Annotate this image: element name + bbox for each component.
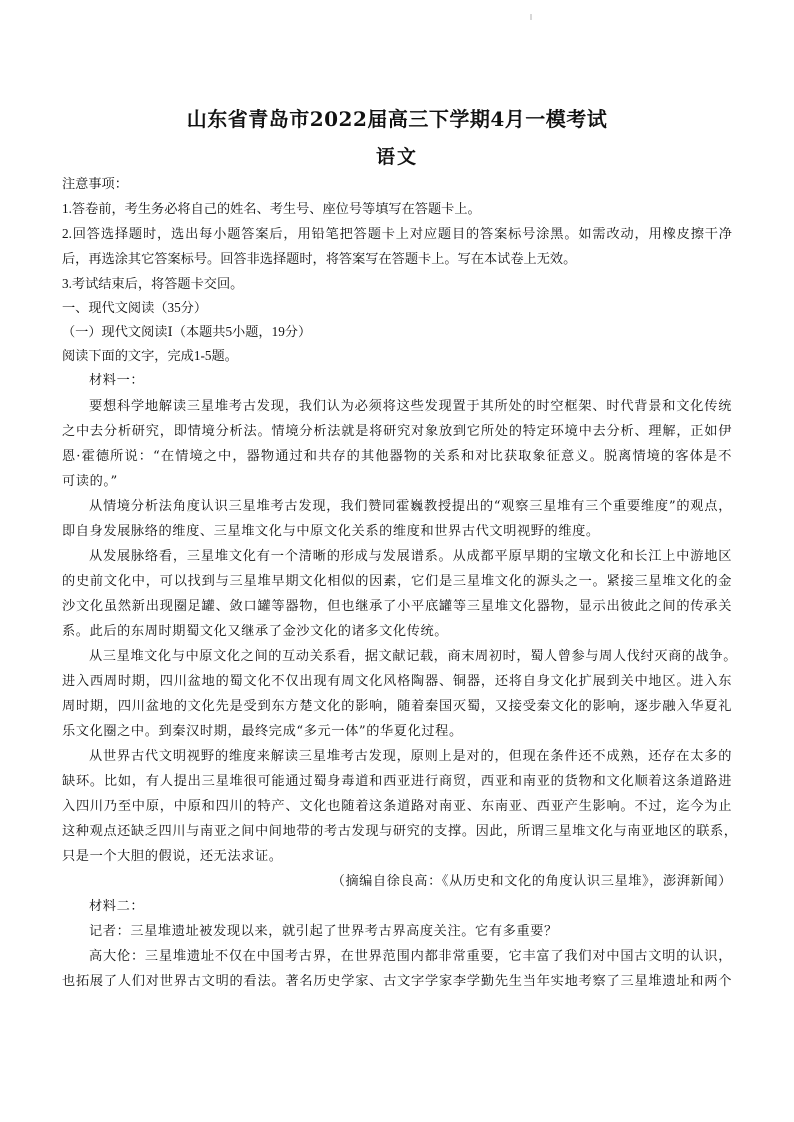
source-citation: （摘编自徐良高：《从历史和文化的角度认识三星堆》，澎湃新闻）	[332, 872, 732, 892]
paragraph-line: 恩·霍德所说：“在情境之中，器物通过和共存的其他器物的关系和对比获取象征意义。脱…	[62, 447, 732, 467]
paragraph-line: 从世界古代文明视野的维度来解读三星堆考古发现，原则上是对的，但现在条件还不成熟，…	[62, 747, 732, 767]
paragraph-line: 乐文化圈之中。到秦汉时期，最终完成“多元一体”的华夏化过程。	[62, 722, 732, 742]
paragraph-line: 记者：三星堆遗址被发现以来，就引起了世界考古界高度关注。它有多重要？	[62, 922, 759, 942]
paragraph-line: 可读的。”	[62, 472, 732, 492]
subject-title: 语文	[0, 142, 794, 169]
paragraph-line: 入四川乃至中原，中原和四川的特产、文化也随着这条道路对南亚、东南亚、西亚产生影响…	[62, 797, 732, 817]
page-title: 山东省青岛市2022届高三下学期4月一模考试	[0, 103, 794, 132]
paragraph-line: 即自身发展脉络的维度、三星堆文化与中原文化关系的维度和世界古代文明视野的维度。	[62, 522, 732, 542]
paragraph-line: 只是一个大胆的假说，还无法求证。	[62, 847, 732, 867]
paragraph-line: 从发展脉络看，三星堆文化有一个清晰的形成与发展谱系。从成都平原早期的宝墩文化和长…	[62, 547, 732, 567]
reading-prompt: 阅读下面的文字，完成1-5题。	[62, 346, 732, 366]
paragraph-line: 进入西周时期，四川盆地的蜀文化不仅出现有周文化风格陶器、铜器，还将自身文化扩展到…	[62, 672, 732, 692]
instruction-line: 1.答卷前，考生务必将自己的姓名、考生号、座位号等填写在答题卡上。	[62, 199, 732, 219]
instruction-line: 3.考试结束后，将答题卡交回。	[62, 274, 732, 294]
section-heading: 一、现代文阅读（35分）	[62, 298, 732, 318]
paragraph-line: 沙文化虽然新出现圈足罐、敛口罐等器物，但也继承了小平底罐等三星堆文化器物，显示出…	[62, 597, 732, 617]
paragraph-line: 要想科学地解读三星堆考古发现，我们认为必须将这些发现置于其所处的时空框架、时代背…	[62, 397, 732, 417]
material-1-label: 材料一：	[62, 371, 759, 391]
paragraph-line: 高大伦：三星堆遗址不仅在中国考古界，在世界范围内都非常重要，它丰富了我们对中国古…	[62, 947, 732, 967]
instruction-line: 后，再选涂其它答案标号。回答非选择题时，将答案写在答题卡上。写在本试卷上无效。	[62, 249, 732, 269]
instructions-heading: 注意事项：	[62, 174, 732, 194]
paragraph-line: 系。此后的东周时期蜀文化又继承了金沙文化的诸多文化传统。	[62, 622, 732, 642]
exam-page: 山东省青岛市2022届高三下学期4月一模考试 语文 注意事项： 1.答卷前，考生…	[0, 0, 794, 1122]
paragraph-line: 这种观点还缺乏四川与南亚之间中间地带的考古发现与研究的支撑。因此，所谓三星堆文化…	[62, 822, 732, 842]
paragraph-line: 之中去分析研究，即情境分析法。情境分析法就是将研究对象放到它所处的特定环境中去分…	[62, 422, 732, 442]
paragraph-line: 从三星堆文化与中原文化之间的互动关系看，据文献记载，商末周初时，蜀人曾参与周人伐…	[62, 647, 732, 667]
paragraph-line: 缺环。比如，有人提出三星堆很可能通过蜀身毒道和西亚进行商贸，西亚和南亚的货物和文…	[62, 772, 732, 792]
paragraph-line: 从情境分析法角度认识三星堆考古发现，我们赞同霍巍教授提出的“观察三星堆有三个重要…	[62, 497, 732, 517]
paragraph-line: 周时期，四川盆地的文化先是受到东方楚文化的影响，随着秦国灭蜀，又接受秦文化的影响…	[62, 697, 732, 717]
material-2-label: 材料二：	[62, 897, 759, 917]
paragraph-line: 的史前文化中，可以找到与三星堆早期文化相似的因素，它们是三星堆文化的源头之一。紧…	[62, 572, 732, 592]
section-subheading: （一）现代文阅读Ⅰ（本题共5小题，19分）	[62, 322, 732, 342]
instruction-line: 2.回答选择题时，选出每小题答案后，用铅笔把答题卡上对应题目的答案标号涂黑。如需…	[62, 224, 732, 244]
scan-mark	[530, 14, 532, 20]
paragraph-line: 也拓展了人们对世界古文明的看法。著名历史学家、古文字学家李学勤先生当年实地考察了…	[62, 972, 732, 992]
